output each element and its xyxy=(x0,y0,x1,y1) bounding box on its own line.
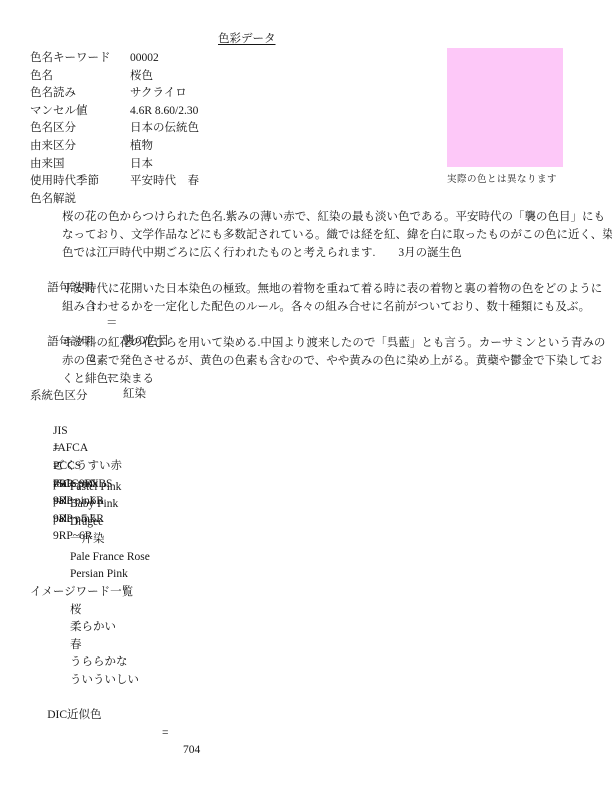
field-label: 由来区分 xyxy=(30,138,130,156)
keito-heading: 系統色区分 xyxy=(30,388,590,406)
page-title: 色彩データ xyxy=(218,33,276,45)
alternate-name-list: Pastel Pink Baby Pink Dragee 一斤染 Pale Fr… xyxy=(30,479,590,585)
paragraph-line: なっており、文学作品などにも多数記されている。織では経を紅、緯を白に取ったものが… xyxy=(62,226,590,244)
alternate-name: 一斤染 xyxy=(30,531,590,549)
paragraph-line: くと緋色に染まる xyxy=(62,370,590,388)
document-page: 実際の色とは異なります 色彩データ 色名キーワード 00002 色名 桜色 色名… xyxy=(0,0,612,790)
field-row: 色名区分 日本の伝統色 xyxy=(30,120,590,138)
alternate-name: Baby Pink xyxy=(30,496,590,514)
field-value: 日本 xyxy=(130,156,153,174)
field-list: 色名キーワード 00002 色名 桜色 色名読み サクライロ マンセル値 4.6… xyxy=(30,50,590,191)
dic-label: DIC近似色 xyxy=(47,709,101,721)
goku-heading-2: 語句説明 2 ＝ 紅染 xyxy=(30,316,590,334)
dic-value: 704 xyxy=(183,742,200,760)
alternate-name: Persian Pink xyxy=(30,566,590,584)
keito-row: JIS = ごくうすい赤 7RP~9R xyxy=(30,405,590,423)
image-word: ういういしい xyxy=(30,672,590,690)
system-name: PCCS xyxy=(53,458,153,476)
system-name: JAFCA xyxy=(53,440,153,458)
alternate-name: Pale France Rose xyxy=(30,549,590,567)
field-label: 色名 xyxy=(30,68,130,86)
kaisetsu-paragraph: 桜の花の色からつけられた色名.紫みの薄い赤で、紅染の最も淡い色である。平安時代の… xyxy=(30,208,590,262)
field-row: 使用時代季節 平安時代 春 xyxy=(30,173,590,191)
system-name: JIS xyxy=(53,423,153,441)
field-label: 由来国 xyxy=(30,156,130,174)
equals-sign: ＝ xyxy=(106,369,118,387)
field-label: 色名キーワード xyxy=(30,50,130,68)
equals-sign: = xyxy=(162,725,169,743)
field-row: 色名読み サクライロ xyxy=(30,85,590,103)
equals-sign: = xyxy=(53,493,62,511)
image-word: 春 xyxy=(30,637,590,655)
field-row: マンセル値 4.6R 8.60/2.30 xyxy=(30,103,590,121)
alternate-name: Pastel Pink xyxy=(30,479,590,497)
field-label: 使用時代季節 xyxy=(30,173,130,191)
field-value: 平安時代 春 xyxy=(130,173,199,191)
goku-number: 2 xyxy=(90,351,96,369)
field-row: 色名 桜色 xyxy=(30,68,590,86)
goku-term: 紅染 xyxy=(123,386,146,404)
goku-number: 1 xyxy=(90,298,96,316)
field-value: 桜色 xyxy=(130,68,153,86)
document-content: 色彩データ 色名キーワード 00002 色名 桜色 色名読み サクライロ マンセ… xyxy=(30,30,590,707)
goku-paragraph-1: 平安時代に花開いた日本染色の極致。無地の着物を重ねて着る時に表の着物と裏の着物の… xyxy=(30,280,590,316)
goku-label: 語句説明 xyxy=(47,282,93,294)
field-label: 色名読み xyxy=(30,85,130,103)
field-row: 由来国 日本 xyxy=(30,156,590,174)
image-word: 柔らかい xyxy=(30,619,590,637)
field-label: 色名区分 xyxy=(30,120,130,138)
field-label: マンセル値 xyxy=(30,103,130,121)
field-value: 日本の伝統色 xyxy=(130,120,199,138)
title-row: 色彩データ xyxy=(30,30,590,50)
keito-table: JIS = ごくうすい赤 7RP~9R JAFCA = p ale pink 9… xyxy=(30,405,590,475)
goku-term: 襲の色目 xyxy=(123,333,169,351)
paragraph-line: 平安時代に花開いた日本染色の極致。無地の着物を重ねて着る時に表の着物と裏の着物の… xyxy=(62,280,590,298)
goku-heading-1: 語句説明 1 ＝ 襲の色目 xyxy=(30,262,590,280)
field-value: サクライロ xyxy=(130,85,187,103)
field-value: 00002 xyxy=(130,50,159,68)
field-row: 由来区分 植物 xyxy=(30,138,590,156)
paragraph-line: 桜の花の色からつけられた色名.紫みの薄い赤で、紅染の最も淡い色である。平安時代の… xyxy=(62,208,590,226)
field-row: 色名キーワード 00002 xyxy=(30,50,590,68)
field-value: 植物 xyxy=(130,138,153,156)
image-words-heading: イメージワード一覧 xyxy=(30,584,590,602)
paragraph-line: 赤の色素で発色させるが、黄色の色素も含むので、やや黄みの色に染め上がる。黄蘗や鬱… xyxy=(62,352,590,370)
kaisetsu-heading: 色名解説 xyxy=(30,191,590,209)
goku-label: 語句説明 xyxy=(47,336,93,348)
image-word: うららかな xyxy=(30,654,590,672)
field-value: 4.6R 8.60/2.30 xyxy=(130,103,198,121)
image-word: 桜 xyxy=(30,602,590,620)
paragraph-line: 組み合わせるかを一定化した配色のルール。各々の組み合せに名前がついており、数十種… xyxy=(62,298,590,316)
dic-row: DIC近似色 = 704 xyxy=(30,690,590,708)
image-word-list: 桜 柔らかい 春 うららかな ういういしい xyxy=(30,602,590,690)
paragraph-line: 色では江戸時代中期ごろに広く行われたものと考えられます. 3月の誕生色 xyxy=(62,244,590,262)
